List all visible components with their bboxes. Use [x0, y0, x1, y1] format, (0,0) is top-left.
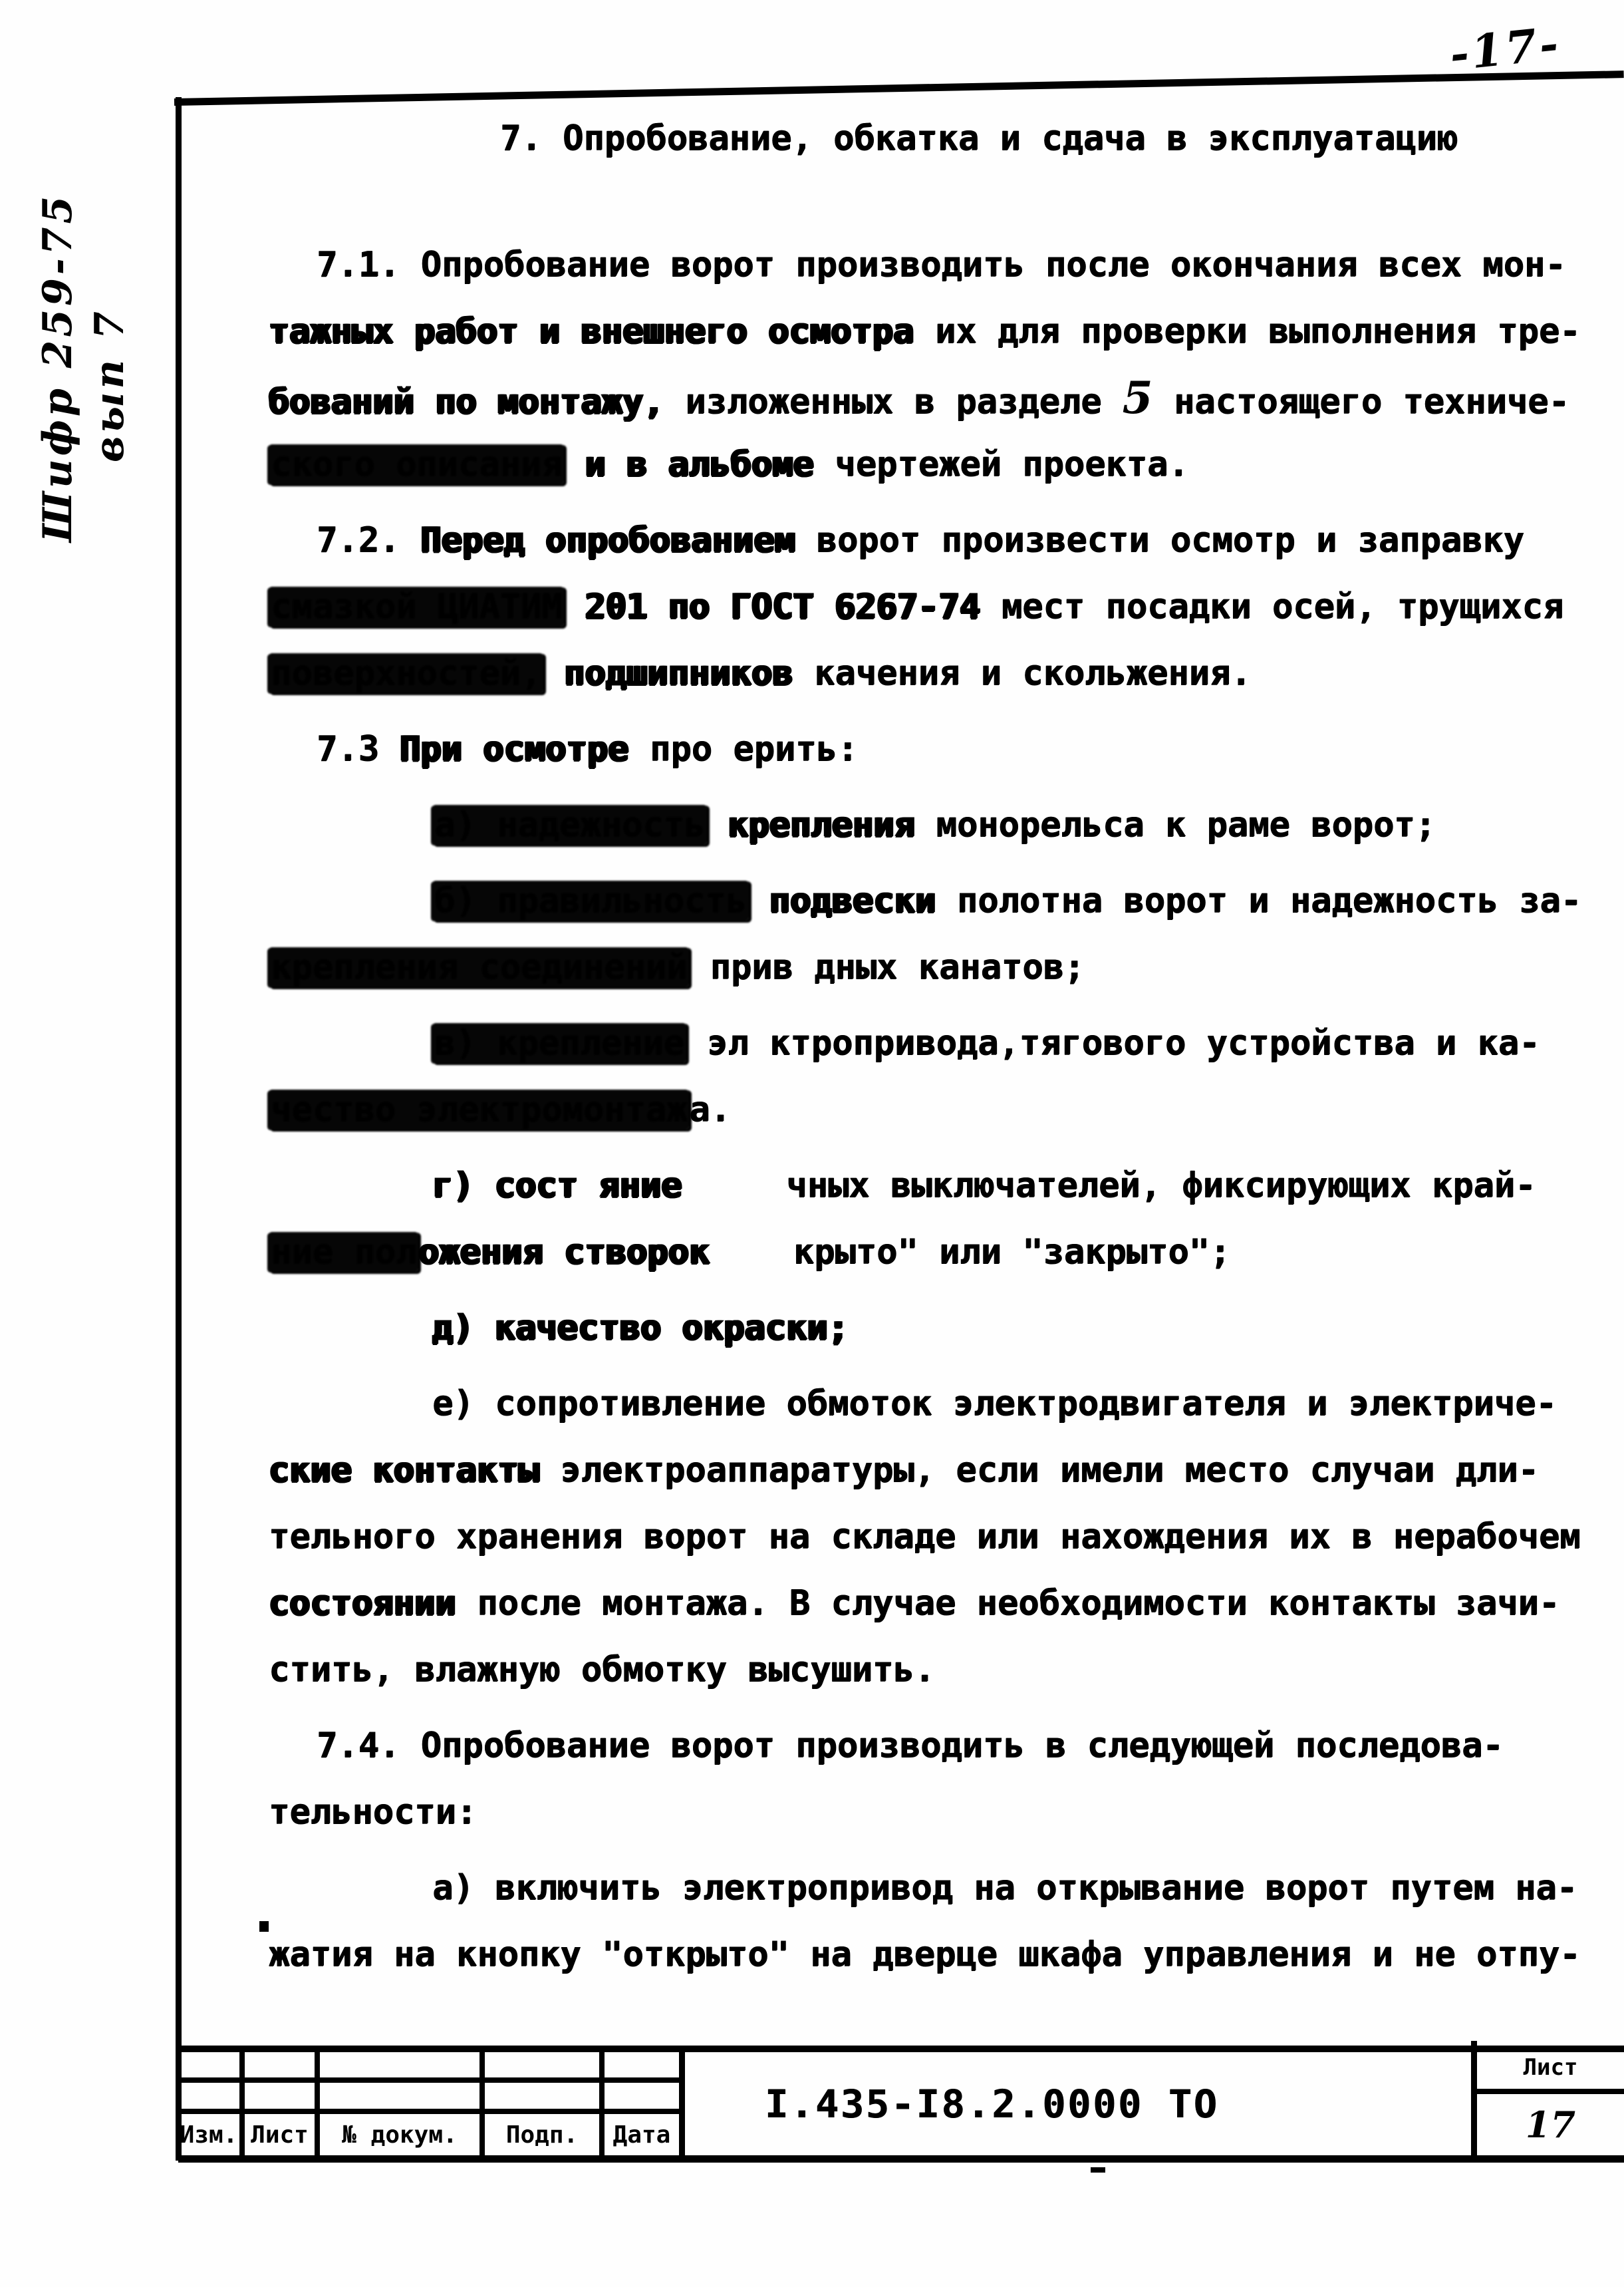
- text-line: состоянии после монтажа. В случае необхо…: [269, 1570, 1605, 1636]
- text-segment: крепления: [707, 805, 915, 845]
- document-body: 7.1. Опробование ворот производить после…: [269, 231, 1605, 1988]
- text-line: ние положения створок "открыто" или "зак…: [269, 1219, 1605, 1285]
- text-segment: ожения створок: [418, 1232, 710, 1272]
- title-block-sheet-number: 17: [1477, 2094, 1624, 2155]
- text-segment: тажных работ и внешнего осмотра: [269, 311, 914, 351]
- margin-annotation-issue: вып 7: [84, 83, 136, 462]
- text-segment: про: [629, 729, 712, 769]
- erased-segment: о: [578, 1165, 599, 1205]
- text-segment: чных выключателей, фиксирующих край-: [786, 1165, 1536, 1205]
- title-block-col-data: Дата: [605, 2114, 679, 2155]
- text-line: 7.1. Опробование ворот производить после…: [269, 231, 1605, 298]
- text-line: 7.3 При осмотре проверить:: [269, 716, 1605, 782]
- text-segment: подшипников: [543, 653, 793, 693]
- margin-annotation: Шифр 259-75 вып 7: [32, 83, 136, 542]
- margin-annotation-cipher: Шифр 259-75: [32, 83, 84, 542]
- text-segment: 7.3: [317, 729, 400, 769]
- text-line: 7.4. Опробование ворот производить в сле…: [269, 1712, 1605, 1779]
- erased-segment: "от: [710, 1232, 793, 1272]
- text-segment: яние: [599, 1165, 682, 1205]
- scan-noise-speck: [259, 1921, 269, 1932]
- text-line: а) надежность крепления монорельса к рам…: [269, 792, 1605, 858]
- text-segment: чертежей проекта.: [814, 444, 1189, 484]
- redacted-segment: смазкой ЦИАТИМ: [269, 587, 564, 627]
- text-segment: крыто" или "закрыто";: [793, 1232, 1230, 1272]
- redacted-segment: ского описания: [269, 444, 564, 484]
- text-line: ского описания и в альбоме чертежей прое…: [269, 431, 1605, 498]
- text-segment: жатия на кнопку "открыто" на дверце шкаф…: [269, 1934, 1580, 1974]
- text-segment: ерить:: [733, 729, 858, 769]
- redacted-segment: крепления соединений: [269, 947, 689, 987]
- title-block-sheet-label: Лист: [1477, 2046, 1624, 2089]
- erased-segment: в: [712, 729, 733, 769]
- text-line: б) правильность подвески полотна ворот и…: [269, 867, 1605, 934]
- section-title: 7. Опробование, обкатка и сдача в эксплу…: [269, 105, 1605, 172]
- page-frame-left-line: [176, 97, 182, 2161]
- title-block-col-ndokum: № докум.: [320, 2114, 479, 2155]
- text-line: а) включить электропривод на открывание …: [269, 1855, 1605, 1921]
- text-segment: бований по монтажу,: [269, 382, 664, 422]
- title-block-col-list: Лист: [245, 2114, 315, 2155]
- erased-segment: е: [749, 1023, 769, 1063]
- text-segment: д) качество окраски;: [432, 1308, 849, 1348]
- text-segment: Перед опробованием: [421, 520, 796, 560]
- text-segment: изложенных в разделе: [664, 382, 1123, 422]
- text-segment: При осмотре: [400, 729, 628, 769]
- text-segment: тельности:: [269, 1792, 477, 1832]
- title-block-border: [178, 2155, 1624, 2163]
- text-segment: е) сопротивление обмоток электродвигател…: [432, 1384, 1557, 1424]
- redacted-segment: чество электромонтаж: [269, 1090, 689, 1130]
- redacted-segment: в) крепление: [432, 1023, 686, 1063]
- text-line: е) сопротивление обмоток электродвигател…: [269, 1370, 1605, 1437]
- text-segment: 7.1. Опробование ворот производить после…: [317, 245, 1565, 285]
- text-segment: прив: [689, 947, 793, 987]
- text-segment: и в альбоме: [585, 444, 814, 484]
- title-block-doc-number: І.435-І8.2.0000 ТО: [685, 2052, 1551, 2155]
- text-segment: а.: [689, 1090, 731, 1130]
- text-segment: качения и скольжения.: [793, 653, 1252, 693]
- text-segment: [564, 444, 585, 484]
- text-segment: состоянии: [269, 1583, 456, 1623]
- text-line: тельности:: [269, 1779, 1605, 1845]
- erased-segment: о: [793, 947, 814, 987]
- page-frame-top-line: [174, 71, 1624, 106]
- text-line: ские контакты электроаппаратуры, если им…: [269, 1437, 1605, 1503]
- text-line: смазкой ЦИАТИМ 201 по ГОСТ 6267-74 мест …: [269, 573, 1605, 640]
- title-block-rule: [679, 2046, 685, 2163]
- text-line: бований по монтажу, изложенных в разделе…: [269, 365, 1605, 431]
- title-block-rule: [239, 2046, 245, 2163]
- text-segment: г) сост: [432, 1165, 578, 1205]
- text-segment: после монтажа. В случае необходимости ко…: [456, 1583, 1559, 1623]
- title-block-col-podp: Подп.: [485, 2114, 599, 2155]
- text-segment: 201 по ГОСТ 6267-74: [564, 587, 980, 627]
- text-segment: дных канатов;: [814, 947, 1085, 987]
- text-segment: монорельса к раме ворот;: [915, 805, 1436, 845]
- redacted-segment: б) правильность: [432, 881, 749, 921]
- text-segment: 7.4. Опробование ворот производить в сле…: [317, 1726, 1503, 1765]
- redacted-segment: а) надежность: [432, 805, 707, 845]
- text-line: тажных работ и внешнего осмотра их для п…: [269, 298, 1605, 365]
- text-line: 7.2. Перед опробованием ворот произвести…: [269, 507, 1605, 573]
- text-segment: ские контакты: [269, 1450, 539, 1490]
- erased-segment: коне: [682, 1165, 787, 1205]
- text-line: жатия на кнопку "открыто" на дверце шкаф…: [269, 1921, 1605, 1988]
- scan-noise-speck: [1091, 2167, 1105, 2173]
- text-line: г) состояние конечных выключателей, фикс…: [269, 1152, 1605, 1219]
- text-segment: ворот произвести осмотр и заправку: [795, 520, 1524, 560]
- text-line: чество электромонтажа.: [269, 1076, 1605, 1143]
- text-segment: полотна ворот и надежность за-: [936, 881, 1581, 921]
- redacted-segment: ние пол: [269, 1232, 418, 1272]
- text-segment: а) включить электропривод на открывание …: [432, 1868, 1577, 1908]
- text-line: крепления соединений приводных канатов;: [269, 934, 1605, 1000]
- text-segment: ктропривода,тягового устройства и ка-: [769, 1023, 1540, 1063]
- redacted-segment: поверхностей,: [269, 653, 543, 693]
- text-line: поверхностей, подшипников качения и скол…: [269, 640, 1605, 706]
- text-segment: подвески: [749, 881, 936, 921]
- text-segment: стить, влажную обмотку высушить.: [269, 1650, 935, 1690]
- text-segment: 7.2.: [317, 520, 421, 560]
- title-block-col-izm: Изм.: [178, 2114, 239, 2155]
- text-line: в) крепление электропривода,тягового уст…: [269, 1010, 1605, 1076]
- text-segment: мест посадки осей, трущихся: [980, 587, 1563, 627]
- title-block-border: [178, 2046, 1624, 2052]
- text-line: д) качество окраски;: [269, 1295, 1605, 1361]
- title-block-rule: [599, 2046, 605, 2163]
- title-block-rule: [479, 2046, 485, 2163]
- text-segment: их для проверки выполнения тре-: [914, 311, 1581, 351]
- document-text: 7. Опробование, обкатка и сдача в эксплу…: [269, 105, 1605, 1988]
- scanned-document-page: -17- Шифр 259-75 вып 7 7. Опробование, о…: [0, 0, 1624, 2287]
- text-segment: тельного хранения ворот на складе или на…: [269, 1517, 1580, 1557]
- handwritten-numeral: 5: [1123, 372, 1153, 424]
- text-segment: эл: [686, 1023, 749, 1063]
- text-segment: электроаппаратуры, если имели место случ…: [539, 1450, 1539, 1490]
- text-line: стить, влажную обмотку высушить.: [269, 1636, 1605, 1703]
- title-block-rule: [315, 2046, 320, 2163]
- text-segment: настоящего техниче-: [1153, 382, 1569, 422]
- text-line: тельного хранения ворот на складе или на…: [269, 1503, 1605, 1570]
